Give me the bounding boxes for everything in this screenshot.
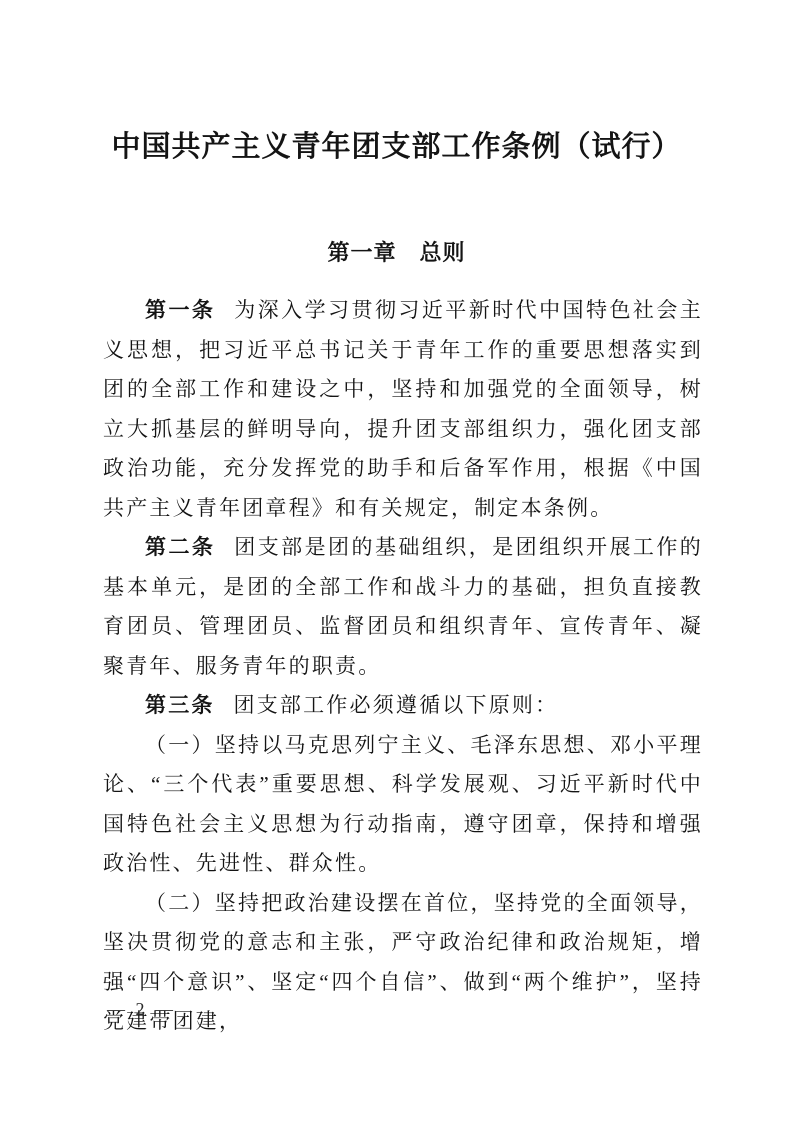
chapter-heading: 第一章 总则: [0, 236, 793, 267]
paragraph-article-3: 第三条团支部工作必须遵循以下原则：: [103, 686, 703, 726]
paragraph-text: 为深入学习贯彻习近平新时代中国特色社会主义思想，把习近平总书记关于青年工作的重要…: [103, 298, 703, 520]
paragraph-article-2: 第二条团支部是团的基础组织，是团组织开展工作的基本单元，是团的全部工作和战斗力的…: [103, 528, 703, 686]
document-body: 第一条为深入学习贯彻习近平新时代中国特色社会主义思想，把习近平总书记关于青年工作…: [103, 291, 703, 1042]
paragraph-article-1: 第一条为深入学习贯彻习近平新时代中国特色社会主义思想，把习近平总书记关于青年工作…: [103, 291, 703, 528]
paragraph-text: （二）坚持把政治建设摆在首位，坚持党的全面领导，坚决贯彻党的意志和主张，严守政治…: [103, 891, 703, 1034]
page-number: — 2 —: [107, 999, 176, 1020]
article-number: 第二条: [145, 535, 215, 559]
article-number: 第三条: [145, 693, 215, 717]
document-title: 中国共产主义青年团支部工作条例（试行）: [0, 124, 793, 165]
paragraph-item-1: （一）坚持以马克思列宁主义、毛泽东思想、邓小平理论、“三个代表”重要思想、科学发…: [103, 726, 703, 884]
paragraph-text: 团支部工作必须遵循以下原则：: [234, 693, 559, 717]
paragraph-item-2: （二）坚持把政治建设摆在首位，坚持党的全面领导，坚决贯彻党的意志和主张，严守政治…: [103, 884, 703, 1042]
paragraph-text: （一）坚持以马克思列宁主义、毛泽东思想、邓小平理论、“三个代表”重要思想、科学发…: [103, 733, 703, 876]
document-page: 中国共产主义青年团支部工作条例（试行） 第一章 总则 第一条为深入学习贯彻习近平…: [0, 0, 793, 1122]
article-number: 第一条: [145, 298, 215, 322]
